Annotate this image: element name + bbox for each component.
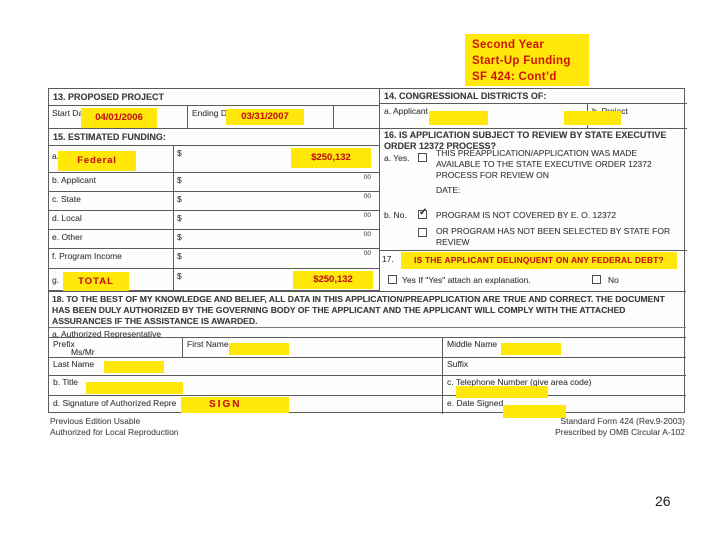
funding-row-label: c. State (49, 192, 174, 211)
section17-number: 17. (382, 254, 394, 264)
funding-row-label: d. Local (49, 211, 174, 230)
section17-no-option: No (608, 275, 619, 285)
prefix-value: Ms/Mr (71, 347, 95, 357)
dollar-sign: $ (177, 148, 182, 158)
title-label: b. Title (53, 377, 78, 387)
highlight-middle-name-blank (501, 343, 561, 355)
section15-title: 15. ESTIMATED FUNDING: (53, 132, 166, 142)
debt-yes-checkbox (388, 275, 397, 284)
row-label: f. Program Income (52, 251, 122, 261)
slide-page-number: 26 (655, 493, 671, 509)
row-label: d. Local (52, 213, 82, 223)
funding-row-value: $ 00 (174, 230, 379, 249)
date-signed-label: e. Date Signed (447, 398, 503, 408)
section16-date-label: DATE: (436, 185, 460, 195)
dollar-sign: $ (177, 232, 182, 242)
first-name-label: First Name (187, 339, 229, 349)
form-footer-right: Standard Form 424 (Rev.9-2003) Prescribe… (555, 416, 685, 437)
dollar-sign: $ (177, 271, 182, 281)
first-name-cell: First Name (183, 338, 443, 358)
footer-previous-edition: Previous Edition Usable (50, 416, 179, 427)
funding-row-label: e. Other (49, 230, 174, 249)
funding-row-label: b. Applicant (49, 173, 174, 192)
middle-name-label: Middle Name (447, 339, 497, 349)
annotation-line: Start-Up Funding (472, 53, 589, 69)
dates-row-spacer (334, 106, 379, 129)
last-name-label: Last Name (53, 359, 94, 369)
annotation-callout: Second Year Start-Up Funding SF 424: Con… (465, 34, 589, 86)
highlight-last-name-blank (104, 361, 164, 373)
cents: 00 (364, 174, 371, 181)
yes-checkbox (418, 153, 427, 162)
dollar-sign: $ (177, 213, 182, 223)
highlight-start-date: 04/01/2006 (81, 108, 157, 128)
highlight-ending-date: 03/31/2007 (226, 109, 304, 125)
dollar-sign: $ (177, 175, 182, 185)
sf424-form-scan: 13. PROPOSED PROJECT Start Date Ending D… (48, 88, 685, 413)
suffix-cell: Suffix (443, 358, 686, 376)
highlight-section17-question: IS THE APPLICANT DELINQUENT ON ANY FEDER… (401, 252, 677, 269)
form-footer-left: Previous Edition Usable Authorized for L… (50, 416, 179, 437)
section13-title: 13. PROPOSED PROJECT (53, 92, 164, 102)
no-checkbox-checked: ✓ (418, 210, 427, 219)
section14-title: 14. CONGRESSIONAL DISTRICTS OF: (384, 91, 546, 101)
funding-row-value: $ 00 (174, 249, 379, 269)
highlight-total-amount: $250,132 (293, 271, 373, 289)
section16: 16. IS APPLICATION SUBJECT TO REVIEW BY … (380, 129, 687, 251)
not-selected-checkbox (418, 228, 427, 237)
cents: 00 (364, 250, 371, 257)
annotation-line: Second Year (472, 37, 589, 53)
section18-certification-text: 18. TO THE BEST OF MY KNOWLEDGE AND BELI… (52, 294, 681, 327)
section15-header: 15. ESTIMATED FUNDING: (49, 129, 379, 146)
funding-row-value: $ 00 (174, 211, 379, 230)
section16-title-line1: 16. IS APPLICATION SUBJECT TO REVIEW BY … (384, 130, 666, 141)
row-label: b. Applicant (52, 175, 96, 185)
highlight-sign-annotation: SIGN (181, 397, 289, 413)
section17-yes-option: Yes If "Yes" attach an explanation. (402, 275, 531, 285)
section14-header: 14. CONGRESSIONAL DISTRICTS OF: (380, 89, 687, 104)
footer-local-reproduction: Authorized for Local Reproduction (50, 427, 179, 438)
dollar-sign: $ (177, 251, 182, 261)
section16-alt-text: OR PROGRAM HAS NOT BEEN SELECTED BY STAT… (436, 226, 682, 248)
middle-name-cell: Middle Name (443, 338, 686, 358)
section16-no-label: b. No. (384, 210, 407, 220)
section16-no-text: PROGRAM IS NOT COVERED BY E. O. 12372 (436, 210, 616, 220)
checkmark-icon: ✓ (419, 207, 427, 218)
highlight-first-name-blank (229, 343, 289, 355)
section16-yes-label: a. Yes. (384, 153, 410, 163)
footer-omb-circular: Prescribed by OMB Circular A-102 (555, 427, 685, 438)
annotation-line: SF 424: Cont’d (472, 69, 589, 85)
section16-yes-text: THIS PREAPPLICATION/APPLICATION WAS MADE… (436, 148, 682, 181)
funding-row-label: f. Program Income (49, 249, 174, 269)
funding-row-value: $ 00 (174, 173, 379, 192)
slide: Second Year Start-Up Funding SF 424: Con… (0, 0, 720, 540)
highlight-federal-amount: $250,132 (291, 148, 371, 168)
row-label: c. State (52, 194, 81, 204)
highlight-date-signed-blank (503, 405, 566, 418)
row-label: e. Other (52, 232, 83, 242)
funding-row-value: $ 00 (174, 192, 379, 211)
district-applicant-label: a. Applicant (384, 106, 428, 116)
divider-line (49, 327, 686, 328)
highlight-district-applicant-blank (429, 111, 488, 125)
section13-header: 13. PROPOSED PROJECT (49, 89, 379, 106)
cents: 00 (364, 212, 371, 219)
highlight-telephone-blank (456, 386, 548, 398)
debt-no-checkbox (592, 275, 601, 284)
signature-label: d. Signature of Authorized Repre (53, 398, 176, 408)
highlight-title-blank (86, 382, 183, 394)
prefix-cell: Prefix Ms/Mr (49, 338, 183, 358)
highlight-federal-label: Federal (58, 151, 136, 171)
dollar-sign: $ (177, 194, 182, 204)
highlight-total-label: TOTAL (63, 272, 129, 291)
highlight-district-project-blank (564, 111, 621, 125)
cents: 00 (364, 231, 371, 238)
row-prefix: g. (52, 275, 59, 285)
footer-standard-form: Standard Form 424 (Rev.9-2003) (555, 416, 685, 427)
cents: 00 (364, 193, 371, 200)
suffix-label: Suffix (447, 359, 468, 369)
